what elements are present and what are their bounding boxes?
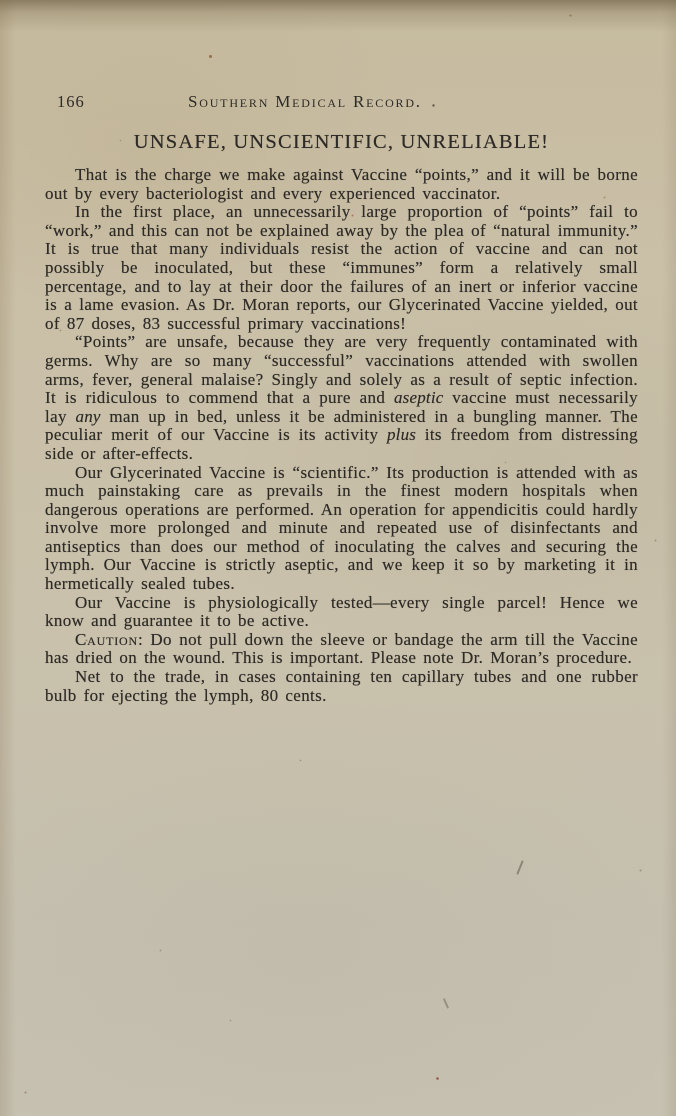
scan-top-edge-shadow — [0, 0, 676, 32]
paragraph: Net to the trade, in cases containing te… — [45, 668, 638, 705]
text-segment: aseptic — [394, 388, 444, 407]
text-segment: any — [76, 407, 101, 426]
scanned-page: 166 Southern Medical Record. UNSAFE, UNS… — [0, 0, 676, 1116]
text-segment: Our Glycerinated Vaccine is “scientific.… — [45, 463, 638, 594]
pencil-mark — [443, 998, 449, 1009]
paragraph: In the first place, an unnecessarily lar… — [45, 203, 638, 333]
text-segment: Net to the trade, in cases containing te… — [45, 667, 638, 705]
text-segment: In the first place, an unnecessarily lar… — [45, 202, 638, 333]
running-head: 166 Southern Medical Record. — [0, 92, 676, 114]
text-segment: plus — [387, 425, 416, 444]
text-segment: Caution — [75, 630, 138, 649]
paragraph: “Points” are unsafe, because they are ve… — [45, 333, 638, 463]
scan-left-edge-shadow — [0, 0, 16, 1116]
text-segment: Our Vaccine is physiologically tested—ev… — [45, 593, 638, 631]
article-title: UNSAFE, UNSCIENTIFIC, UNRELIABLE! — [45, 131, 638, 154]
article-body: That is the charge we make against Vacci… — [45, 166, 638, 705]
paper-speckles — [0, 0, 1, 1]
page-number: 166 — [57, 92, 85, 112]
scan-right-edge-shadow — [662, 0, 676, 1116]
text-segment: That is the charge we make against Vacci… — [45, 165, 638, 203]
paragraph: Our Vaccine is physiologically tested—ev… — [45, 594, 638, 631]
paragraph: Caution: Do not pull down the sleeve or … — [45, 631, 638, 668]
pencil-mark — [516, 860, 523, 875]
paragraph: That is the charge we make against Vacci… — [45, 166, 638, 203]
journal-title: Southern Medical Record. — [188, 92, 422, 112]
paragraph: Our Glycerinated Vaccine is “scientific.… — [45, 464, 638, 594]
